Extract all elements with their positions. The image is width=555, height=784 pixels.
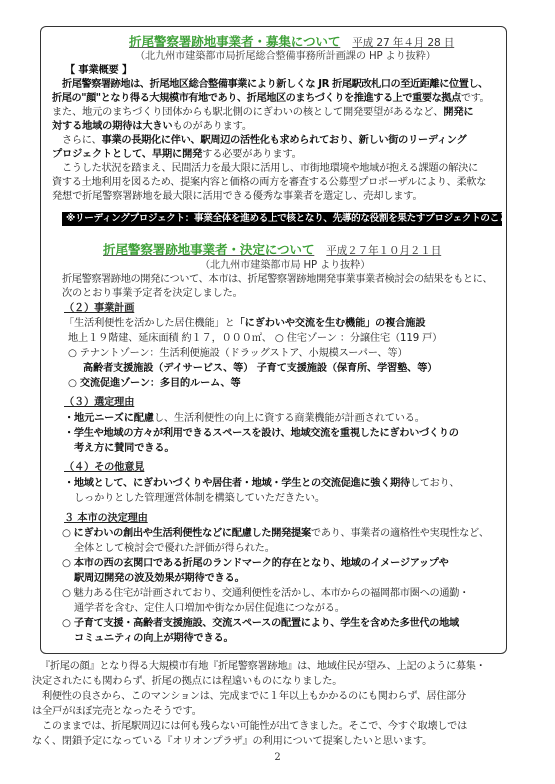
decision-source: （北九州市建築都市局 HP より抜粋） — [200, 259, 370, 272]
recruit-source: （北九州市建築都市局折尾総合整備事務所計画課の HP より抜粋） — [135, 50, 436, 63]
page-number: 2 — [0, 752, 555, 763]
reason-2a: ・学生や地域の方々が利用できるスペースを設け、地域交流を重視したにぎわいづくりの — [64, 427, 459, 440]
recruit-paragraph-2b: 対する地域の期待は大きいものがあります。 — [52, 120, 252, 133]
recruit-title: 折尾警察署跡地事業者・募集について — [129, 34, 340, 49]
recruit-paragraph-1a: 折尾警察署跡地は、折尾地区総合整備事業により新しくな JR 折尾駅改札口の至近距… — [62, 78, 488, 91]
plan-line-3: ○ テナントゾーン：生活利便施設（ドラッグストア、小規模スーパー、等） — [68, 347, 408, 360]
city-reason-4a: ○ 子育て支援・高齢者支援施設、交流スペースの配置により、学生を含めた多世代の地… — [62, 617, 459, 630]
recruit-date: 平成 27 年４月 28 日 — [352, 37, 454, 49]
decision-heading: 折尾警察署跡地事業者・決定について平成２７年１０月２１日 — [103, 243, 441, 258]
commentary-5: このままでは、折尾駅周辺には何も残らない可能性が出てきました。そこで、今すぐ取壊… — [42, 720, 467, 733]
plan-heading: （２）事業計画 — [64, 302, 134, 315]
plan-line-5: ○ 交流促進ゾーン：多目的ルーム、等 — [68, 377, 241, 390]
reason-1: ・地元ニーズに配慮し、生活利便性の向上に資する商業機能が計画されている。 — [64, 412, 425, 425]
decision-intro-2: 次のとおり事業予定者を決定しました。 — [62, 287, 243, 300]
overview-label: 【 事業概要 】 — [65, 64, 132, 77]
city-reason-1b: 全体として検討会で優れた評価が得られた。 — [74, 542, 275, 555]
other-heading: （４）その他意見 — [64, 461, 144, 474]
city-reason-heading: ３ 本市の決定理由 — [64, 512, 148, 525]
commentary-2: 決定されたにも関わらず、折尾の拠点には程遠いものになりました。 — [32, 675, 342, 688]
decision-intro-1: 折尾警察署跡地の開発について、本市は、折尾警察署跡地開発事業事業者検討会の結果を… — [62, 273, 492, 286]
recruit-paragraph-3b: プロジェクトとして、早期に開発する必要があります。 — [52, 148, 302, 161]
recruit-paragraph-4a: こうした状況を踏まえ、民間活力を最大限に活用し、市街地環境や地域が抱える課題の解… — [62, 162, 478, 175]
city-reason-3a: ○ 魅力ある住宅が計画されており、交通利便性を活かし、本市からの福岡都市圏への通… — [62, 587, 469, 600]
city-reason-2b: 駅周辺開発の波及効果が期待できる。 — [74, 572, 245, 585]
decision-title: 折尾警察署跡地事業者・決定について — [103, 242, 314, 257]
commentary-1: 『折尾の顔』となり得る大規模市有地『折尾警察署跡地』は、地域住民が望み、上記のよ… — [40, 660, 486, 673]
recruit-heading: 折尾警察署跡地事業者・募集について平成 27 年４月 28 日 — [129, 35, 454, 50]
plan-line-4: 高齢者支援施設（デイサービス、等） 子育て支援施設（保育所、学習塾、等） — [83, 362, 437, 375]
recruit-paragraph-2a: また、地元のまちづくり団体からも駅北側のにぎわいの核として開発要望があるなど、開… — [52, 106, 473, 119]
reason-2b: 考え方に賛同できる。 — [74, 442, 174, 455]
other-2: しっかりとした管理運営体制を構築していただきたい。 — [74, 492, 325, 505]
city-reason-4b: コミュニティの向上が期待できる。 — [74, 632, 234, 645]
recruit-paragraph-4c: 発想で折尾警察署跡地を最大限に活用できる優秀な事業者を選定し、売却します。 — [52, 190, 423, 203]
city-reason-3b: 通学者を含む、定住人口増加や街なか居住促進につながる。 — [74, 602, 345, 615]
leading-project-note: ※リーディングプロジェクト：事業全体を進める上で核となり、先導的な役割を果たすプ… — [62, 212, 502, 226]
plan-line-1: 「生活利便性を活かした居住機能」と「にぎわいや交流を生む機能」の複合施設 — [64, 317, 425, 330]
commentary-4: は全戸がほぼ完売となったそうです。 — [32, 705, 202, 718]
decision-date: 平成２７年１０月２１日 — [326, 245, 441, 257]
city-reason-2a: ○ 本市の西の玄関口である折尾のランドマーク的存在となり、地域のイメージアップや — [62, 557, 449, 570]
commentary-3: 利便性の良さから、このマンションは、完成までに１年以上もかかるのにも関わらず、居… — [42, 690, 466, 703]
other-1: ・地域として、にぎわいづくりや居住者・地域・学生との交流促進に強く期待しており、 — [64, 477, 459, 490]
plan-line-2: 地上１９階建、延床面積 約１７，０００㎡、 ○ 住宅ゾーン ：分譲住宅（119 … — [68, 332, 442, 345]
commentary-6: なく、閉鎖予定になっている『オリオンプラザ』の利用について提案したいと思います。 — [32, 735, 432, 748]
recruit-paragraph-4b: 資する土地利用を図るため、提案内容と価格の両方を審査する公募型プロポーザルにより… — [52, 176, 486, 189]
recruit-paragraph-1b: 折尾の"顔"となり得る大規模市有地であり、折尾地区のまちづくりを推進する上で重要… — [52, 92, 489, 105]
recruit-paragraph-3a: さらに、事業の長期化に伴い、駅周辺の活性化も求められており、新しい街のリーディン… — [62, 134, 466, 147]
reason-heading: （３）選定理由 — [64, 396, 134, 409]
city-reason-1a: ○ にぎわいの創出や生活利便性などに配慮した開発提案であり、事業者の適格性や実現… — [62, 527, 489, 540]
